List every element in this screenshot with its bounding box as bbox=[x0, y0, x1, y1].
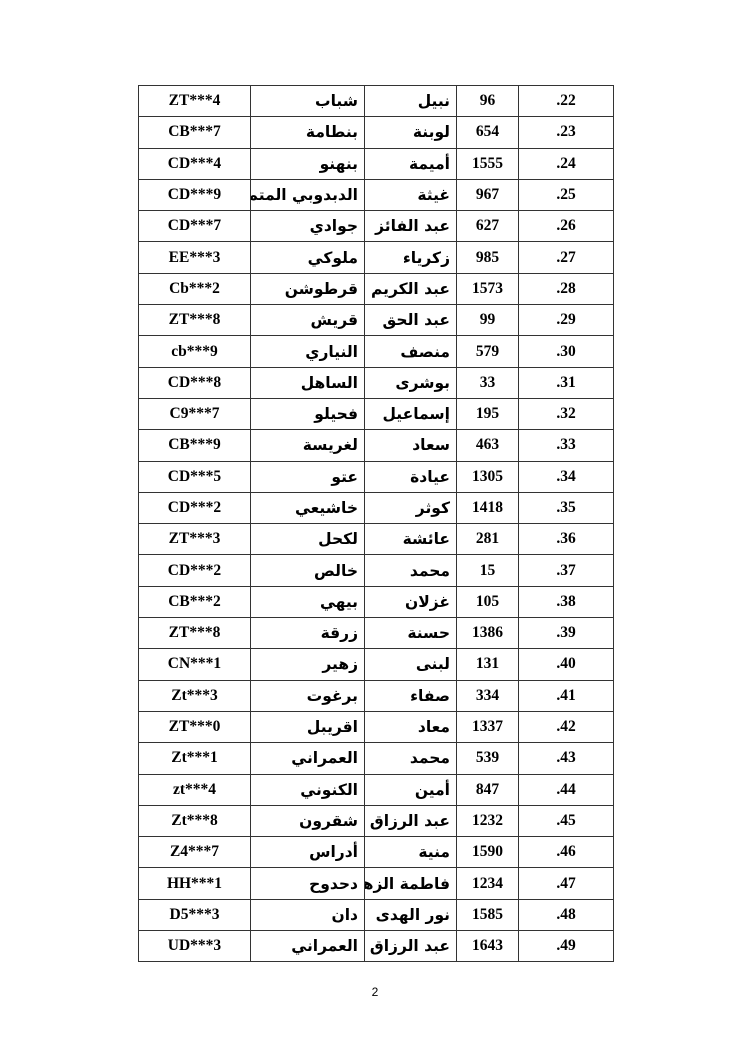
table-row: Zt***1العمرانيمحمد539.43 bbox=[139, 743, 614, 774]
index-cell: .45 bbox=[519, 805, 614, 836]
first-name-cell: كوثر bbox=[365, 492, 457, 523]
id-cell: Zt***1 bbox=[139, 743, 251, 774]
table-row: ZT***3لكحلعائشة281.36 bbox=[139, 524, 614, 555]
last-name-cell: برغوت bbox=[251, 680, 365, 711]
index-cell: .42 bbox=[519, 711, 614, 742]
last-name-cell: قرطوشن bbox=[251, 273, 365, 304]
index-cell: .49 bbox=[519, 931, 614, 962]
first-name-cell: عبد الحق bbox=[365, 305, 457, 336]
number-cell: 1234 bbox=[457, 868, 519, 899]
table-row: Cb***2قرطوشنعبد الكريم1573.28 bbox=[139, 273, 614, 304]
last-name-cell: زهير bbox=[251, 649, 365, 680]
first-name-cell: عبد الكريم bbox=[365, 273, 457, 304]
page-number: 2 bbox=[0, 985, 750, 999]
first-name-cell: لوبنة bbox=[365, 117, 457, 148]
table-row: ZT***0اقريبلمعاد1337.42 bbox=[139, 711, 614, 742]
last-name-cell: خالص bbox=[251, 555, 365, 586]
table-row: HH***1دحدوحفاطمة الزهراء1234.47 bbox=[139, 868, 614, 899]
id-cell: cb***9 bbox=[139, 336, 251, 367]
index-cell: .48 bbox=[519, 899, 614, 930]
number-cell: 1232 bbox=[457, 805, 519, 836]
last-name-cell: بنهنو bbox=[251, 148, 365, 179]
table-row: CN***1زهيرلبنى131.40 bbox=[139, 649, 614, 680]
number-cell: 1386 bbox=[457, 618, 519, 649]
table-row: CD***9الدبدوبي المتمدينغيثة967.25 bbox=[139, 179, 614, 210]
first-name-cell: سعاد bbox=[365, 430, 457, 461]
first-name-cell: حسنة bbox=[365, 618, 457, 649]
number-cell: 334 bbox=[457, 680, 519, 711]
last-name-cell: بنطامة bbox=[251, 117, 365, 148]
index-cell: .39 bbox=[519, 618, 614, 649]
number-cell: 96 bbox=[457, 86, 519, 117]
id-cell: Zt***8 bbox=[139, 805, 251, 836]
id-cell: CB***9 bbox=[139, 430, 251, 461]
index-cell: .23 bbox=[519, 117, 614, 148]
index-cell: .25 bbox=[519, 179, 614, 210]
first-name-cell: نور الهدى bbox=[365, 899, 457, 930]
number-cell: 1643 bbox=[457, 931, 519, 962]
first-name-cell: عبد الرزاق bbox=[365, 931, 457, 962]
number-cell: 99 bbox=[457, 305, 519, 336]
first-name-cell: منية bbox=[365, 837, 457, 868]
last-name-cell: العمراني bbox=[251, 743, 365, 774]
index-cell: .28 bbox=[519, 273, 614, 304]
first-name-cell: صفاء bbox=[365, 680, 457, 711]
first-name-cell: عائشة bbox=[365, 524, 457, 555]
number-cell: 1573 bbox=[457, 273, 519, 304]
id-cell: ZT***0 bbox=[139, 711, 251, 742]
participants-table: ZT***4شبابنبيل96.22CB***7بنطامةلوبنة654.… bbox=[138, 85, 614, 962]
table-row: ZT***4شبابنبيل96.22 bbox=[139, 86, 614, 117]
index-cell: .22 bbox=[519, 86, 614, 117]
table-row: UD***3العمرانيعبد الرزاق1643.49 bbox=[139, 931, 614, 962]
table-row: cb***9النياريمنصف579.30 bbox=[139, 336, 614, 367]
id-cell: ZT***3 bbox=[139, 524, 251, 555]
id-cell: D5***3 bbox=[139, 899, 251, 930]
last-name-cell: شقرون bbox=[251, 805, 365, 836]
id-cell: Z4***7 bbox=[139, 837, 251, 868]
first-name-cell: عبد الرزاق bbox=[365, 805, 457, 836]
first-name-cell: فاطمة الزهراء bbox=[365, 868, 457, 899]
id-cell: EE***3 bbox=[139, 242, 251, 273]
index-cell: .24 bbox=[519, 148, 614, 179]
index-cell: .30 bbox=[519, 336, 614, 367]
table-row: CD***2خالصمحمد15.37 bbox=[139, 555, 614, 586]
id-cell: CB***7 bbox=[139, 117, 251, 148]
number-cell: 281 bbox=[457, 524, 519, 555]
last-name-cell: خاشيعي bbox=[251, 492, 365, 523]
first-name-cell: زكرياء bbox=[365, 242, 457, 273]
id-cell: Zt***3 bbox=[139, 680, 251, 711]
index-cell: .41 bbox=[519, 680, 614, 711]
index-cell: .27 bbox=[519, 242, 614, 273]
first-name-cell: محمد bbox=[365, 555, 457, 586]
last-name-cell: عتو bbox=[251, 461, 365, 492]
first-name-cell: غيثة bbox=[365, 179, 457, 210]
id-cell: C9***7 bbox=[139, 398, 251, 429]
table-row: CD***4بنهنوأميمة1555.24 bbox=[139, 148, 614, 179]
index-cell: .32 bbox=[519, 398, 614, 429]
number-cell: 1418 bbox=[457, 492, 519, 523]
number-cell: 1305 bbox=[457, 461, 519, 492]
id-cell: CD***5 bbox=[139, 461, 251, 492]
id-cell: zt***4 bbox=[139, 774, 251, 805]
document-page: ZT***4شبابنبيل96.22CB***7بنطامةلوبنة654.… bbox=[0, 0, 750, 1061]
table-row: Zt***8شقرونعبد الرزاق1232.45 bbox=[139, 805, 614, 836]
first-name-cell: عبد الفائز bbox=[365, 211, 457, 242]
first-name-cell: غزلان bbox=[365, 586, 457, 617]
last-name-cell: لغريسة bbox=[251, 430, 365, 461]
last-name-cell: الدبدوبي المتمدين bbox=[251, 179, 365, 210]
index-cell: .38 bbox=[519, 586, 614, 617]
table-row: CB***9لغريسةسعاد463.33 bbox=[139, 430, 614, 461]
id-cell: CB***2 bbox=[139, 586, 251, 617]
number-cell: 15 bbox=[457, 555, 519, 586]
table-row: CB***7بنطامةلوبنة654.23 bbox=[139, 117, 614, 148]
number-cell: 105 bbox=[457, 586, 519, 617]
first-name-cell: أمين bbox=[365, 774, 457, 805]
number-cell: 1590 bbox=[457, 837, 519, 868]
table-row: CD***7جواديعبد الفائز627.26 bbox=[139, 211, 614, 242]
first-name-cell: منصف bbox=[365, 336, 457, 367]
index-cell: .43 bbox=[519, 743, 614, 774]
table-row: CD***2خاشيعيكوثر1418.35 bbox=[139, 492, 614, 523]
number-cell: 579 bbox=[457, 336, 519, 367]
index-cell: .34 bbox=[519, 461, 614, 492]
index-cell: .46 bbox=[519, 837, 614, 868]
last-name-cell: دحدوح bbox=[251, 868, 365, 899]
number-cell: 539 bbox=[457, 743, 519, 774]
index-cell: .37 bbox=[519, 555, 614, 586]
table-row: CD***5عتوعيادة1305.34 bbox=[139, 461, 614, 492]
index-cell: .26 bbox=[519, 211, 614, 242]
last-name-cell: ملوكي bbox=[251, 242, 365, 273]
index-cell: .47 bbox=[519, 868, 614, 899]
id-cell: CD***9 bbox=[139, 179, 251, 210]
index-cell: .44 bbox=[519, 774, 614, 805]
number-cell: 985 bbox=[457, 242, 519, 273]
first-name-cell: لبنى bbox=[365, 649, 457, 680]
id-cell: ZT***8 bbox=[139, 618, 251, 649]
last-name-cell: النياري bbox=[251, 336, 365, 367]
id-cell: CN***1 bbox=[139, 649, 251, 680]
id-cell: Cb***2 bbox=[139, 273, 251, 304]
table-row: Zt***3برغوتصفاء334.41 bbox=[139, 680, 614, 711]
number-cell: 967 bbox=[457, 179, 519, 210]
number-cell: 847 bbox=[457, 774, 519, 805]
last-name-cell: الكنوني bbox=[251, 774, 365, 805]
id-cell: CD***7 bbox=[139, 211, 251, 242]
first-name-cell: بوشرى bbox=[365, 367, 457, 398]
last-name-cell: اقريبل bbox=[251, 711, 365, 742]
last-name-cell: زرقة bbox=[251, 618, 365, 649]
number-cell: 627 bbox=[457, 211, 519, 242]
id-cell: HH***1 bbox=[139, 868, 251, 899]
last-name-cell: قريش bbox=[251, 305, 365, 336]
id-cell: CD***8 bbox=[139, 367, 251, 398]
id-cell: UD***3 bbox=[139, 931, 251, 962]
table-row: ZT***8قريشعبد الحق99.29 bbox=[139, 305, 614, 336]
last-name-cell: فحيلو bbox=[251, 398, 365, 429]
table-row: ZT***8زرقةحسنة1386.39 bbox=[139, 618, 614, 649]
table-row: D5***3داننور الهدى1585.48 bbox=[139, 899, 614, 930]
last-name-cell: شباب bbox=[251, 86, 365, 117]
number-cell: 1555 bbox=[457, 148, 519, 179]
table-row: CD***8الساهلبوشرى33.31 bbox=[139, 367, 614, 398]
last-name-cell: دان bbox=[251, 899, 365, 930]
index-cell: .29 bbox=[519, 305, 614, 336]
table-row: zt***4الكنونيأمين847.44 bbox=[139, 774, 614, 805]
number-cell: 131 bbox=[457, 649, 519, 680]
id-cell: CD***4 bbox=[139, 148, 251, 179]
first-name-cell: معاد bbox=[365, 711, 457, 742]
last-name-cell: أدراس bbox=[251, 837, 365, 868]
last-name-cell: العمراني bbox=[251, 931, 365, 962]
number-cell: 463 bbox=[457, 430, 519, 461]
first-name-cell: محمد bbox=[365, 743, 457, 774]
number-cell: 195 bbox=[457, 398, 519, 429]
last-name-cell: لكحل bbox=[251, 524, 365, 555]
last-name-cell: بيهي bbox=[251, 586, 365, 617]
index-cell: .33 bbox=[519, 430, 614, 461]
table-body: ZT***4شبابنبيل96.22CB***7بنطامةلوبنة654.… bbox=[139, 86, 614, 962]
last-name-cell: جوادي bbox=[251, 211, 365, 242]
index-cell: .40 bbox=[519, 649, 614, 680]
id-cell: CD***2 bbox=[139, 555, 251, 586]
first-name-cell: نبيل bbox=[365, 86, 457, 117]
id-cell: ZT***4 bbox=[139, 86, 251, 117]
first-name-cell: إسماعيل bbox=[365, 398, 457, 429]
first-name-cell: عيادة bbox=[365, 461, 457, 492]
number-cell: 33 bbox=[457, 367, 519, 398]
table-row: C9***7فحيلوإسماعيل195.32 bbox=[139, 398, 614, 429]
table-row: CB***2بيهيغزلان105.38 bbox=[139, 586, 614, 617]
last-name-cell: الساهل bbox=[251, 367, 365, 398]
number-cell: 1337 bbox=[457, 711, 519, 742]
table-row: Z4***7أدراسمنية1590.46 bbox=[139, 837, 614, 868]
index-cell: .36 bbox=[519, 524, 614, 555]
first-name-cell: أميمة bbox=[365, 148, 457, 179]
id-cell: CD***2 bbox=[139, 492, 251, 523]
index-cell: .35 bbox=[519, 492, 614, 523]
number-cell: 1585 bbox=[457, 899, 519, 930]
number-cell: 654 bbox=[457, 117, 519, 148]
table-row: EE***3ملوكيزكرياء985.27 bbox=[139, 242, 614, 273]
index-cell: .31 bbox=[519, 367, 614, 398]
id-cell: ZT***8 bbox=[139, 305, 251, 336]
